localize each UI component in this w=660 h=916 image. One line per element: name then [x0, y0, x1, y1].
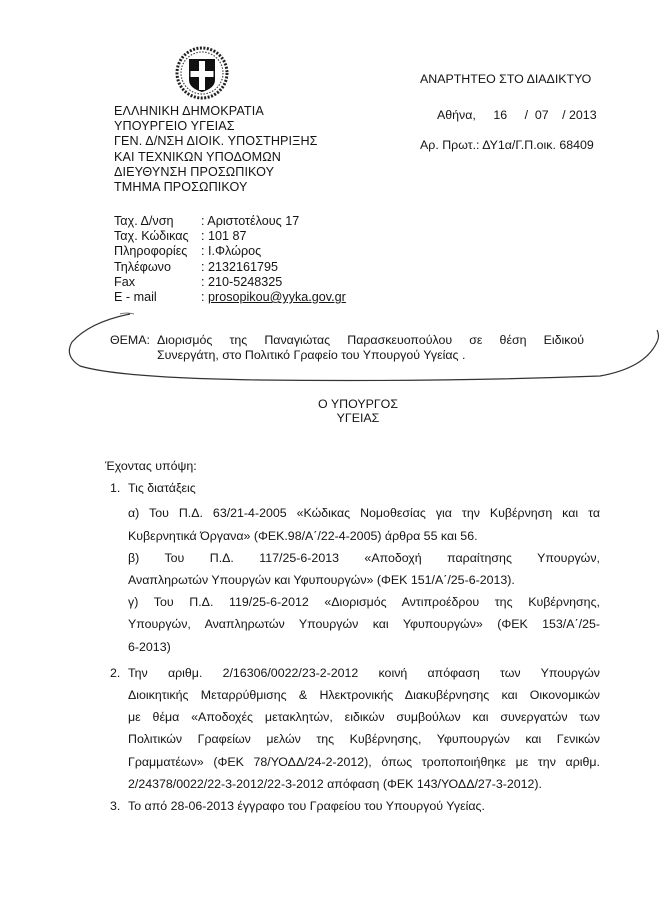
date-year: / 2013 [562, 108, 596, 122]
contact-value: : 210-5248325 [201, 275, 282, 290]
item-number: 2. [110, 662, 120, 684]
contact-row-phone: Τηλέφωνο : 2132161795 [114, 260, 346, 275]
consideration-item-1: 1. Τις διατάξεις α) Του Π.Δ. 63/21-4-200… [105, 477, 600, 658]
protocol-number: Αρ. Πρωτ.: ΔΥ1α/Γ.Π.οικ. 68409 [420, 138, 594, 152]
subject-line: Διορισμός της Παναγιώτας Παρασκευοπούλου… [157, 333, 584, 348]
contact-value: : 101 87 [201, 229, 247, 244]
authority-line: ΚΑΙ ΤΕΧΝΙΚΩΝ ΥΠΟΔΟΜΩΝ [114, 150, 318, 165]
text-line: 6-2013) [128, 636, 600, 658]
contact-row-address: Ταχ. Δ/νση : Αριστοτέλους 17 [114, 214, 346, 229]
contact-value: : 2132161795 [201, 260, 278, 275]
text-line: α) Του Π.Δ. 63/21-4-2005 «Κώδικας Νομοθε… [128, 502, 600, 524]
issuer-heading: Ο ΥΠΟΥΡΓΟΣ ΥΓΕΙΑΣ [0, 397, 660, 425]
date-month: / 07 [525, 108, 549, 122]
text-line: με θέμα «Αποδοχές μετακλητών, ειδικών συ… [128, 706, 600, 728]
text-line: Την αριθμ. 2/16306/0022/23-2-2012 κοινή … [128, 662, 600, 684]
contact-label: E - mail [114, 290, 201, 305]
contact-label: Fax [114, 275, 201, 290]
item-number: 3. [110, 795, 120, 817]
text-line: 2/24378/0022/22-3-2012/22-3-2012 απόφαση… [128, 773, 600, 795]
text-line: Πολιτικών Γραφείων μελών της Κυβέρνησης,… [128, 728, 600, 750]
authority-line: ΥΠΟΥΡΓΕΙΟ ΥΓΕΙΑΣ [114, 119, 318, 134]
text-line: β) Του Π.Δ. 117/25-6-2013 «Αποδοχή παραί… [128, 547, 600, 569]
issuer-line: Ο ΥΠΟΥΡΓΟΣ [28, 397, 660, 411]
provision-b: β) Του Π.Δ. 117/25-6-2013 «Αποδοχή παραί… [128, 547, 600, 591]
text-line: γ) Του Π.Δ. 119/25-6-2012 «Διορισμός Αντ… [128, 591, 600, 613]
authority-line: ΤΜΗΜΑ ΠΡΟΣΩΠΙΚΟΥ [114, 180, 318, 195]
text-line: Αναπληρωτών Υπουργών και Υφυπουργών» (ΦΕ… [128, 569, 600, 591]
contact-value: : Αριστοτέλους 17 [201, 214, 299, 229]
text-line: Διοικητικής Μεταρρύθμισης & Ηλεκτρονικής… [128, 684, 600, 706]
contact-row-info: Πληροφορίες : Ι.Φλώρος [114, 244, 346, 259]
text-line: Υπουργών, Αναπληρωτών Υπουργών και Υφυπο… [128, 613, 600, 635]
contact-label: Ταχ. Δ/νση [114, 214, 201, 229]
contact-label: Τηλέφωνο [114, 260, 201, 275]
subject-label: ΘΕΜΑ: [110, 333, 150, 348]
authority-line: ΔΙΕΥΘΥΝΣΗ ΠΡΟΣΩΠΙΚΟΥ [114, 165, 318, 180]
publication-notice: ΑΝΑΡΤΗΤΕΟ ΣΤΟ ΔΙΑΔΙΚΤΥΟ [420, 72, 591, 86]
authority-line: ΕΛΛΗΝΙΚΗ ΔΗΜΟΚΡΑΤΙΑ [114, 104, 318, 119]
contact-value: : Ι.Φλώρος [201, 244, 261, 259]
document-date: Αθήνα, 16 / 07 / 2013 [437, 108, 597, 122]
issuing-authority-block: ΕΛΛΗΝΙΚΗ ΔΗΜΟΚΡΑΤΙΑ ΥΠΟΥΡΓΕΙΟ ΥΓΕΙΑΣ ΓΕΝ… [114, 104, 318, 195]
contact-label: Ταχ. Κώδικας [114, 229, 201, 244]
subject-text: Διορισμός της Παναγιώτας Παρασκευοπούλου… [157, 333, 584, 363]
contact-details: Ταχ. Δ/νση : Αριστοτέλους 17 Ταχ. Κώδικα… [114, 214, 346, 305]
authority-line: ΓΕΝ. Δ/ΝΣΗ ΔΙΟΙΚ. ΥΠΟΣΤΗΡΙΞΗΣ [114, 134, 318, 149]
issuer-line: ΥΓΕΙΑΣ [28, 411, 660, 425]
contact-colon: : [201, 290, 208, 305]
considerations-intro: Έχοντας υπόψη: [105, 455, 600, 477]
document-body: Έχοντας υπόψη: 1. Τις διατάξεις α) Του Π… [105, 455, 600, 817]
text-line: Το από 28-06-2013 έγγραφο του Γραφείου τ… [128, 799, 485, 813]
subject-line: Συνεργάτη, στο Πολιτικό Γραφείο του Υπου… [157, 348, 465, 362]
consideration-item-3: 3. Το από 28-06-2013 έγγραφο του Γραφείο… [105, 795, 600, 817]
text-line: Γραμματέων» (ΦΕΚ 78/ΥΟΔΔ/24-2-2012), όπω… [128, 751, 600, 773]
contact-row-email: E - mail : prosopikou@yyka.gov.gr [114, 290, 346, 305]
provision-a: α) Του Π.Δ. 63/21-4-2005 «Κώδικας Νομοθε… [128, 502, 600, 546]
item-title: Τις διατάξεις [128, 477, 600, 499]
contact-row-fax: Fax : 210-5248325 [114, 275, 346, 290]
date-day: 16 [493, 108, 507, 122]
provision-c: γ) Του Π.Δ. 119/25-6-2012 «Διορισμός Αντ… [128, 591, 600, 658]
item-number: 1. [110, 477, 120, 499]
date-label: Αθήνα, [437, 108, 476, 122]
contact-label: Πληροφορίες [114, 244, 201, 259]
contact-row-postcode: Ταχ. Κώδικας : 101 87 [114, 229, 346, 244]
greek-coat-of-arms-icon [173, 44, 231, 102]
text-line: Κυβερνητικά Όργανα» (ΦΕΚ.98/Α΄/22-4-2005… [128, 525, 600, 547]
consideration-item-2: 2. Την αριθμ. 2/16306/0022/23-2-2012 κοι… [105, 662, 600, 795]
email-link[interactable]: prosopikou@yyka.gov.gr [208, 290, 346, 305]
